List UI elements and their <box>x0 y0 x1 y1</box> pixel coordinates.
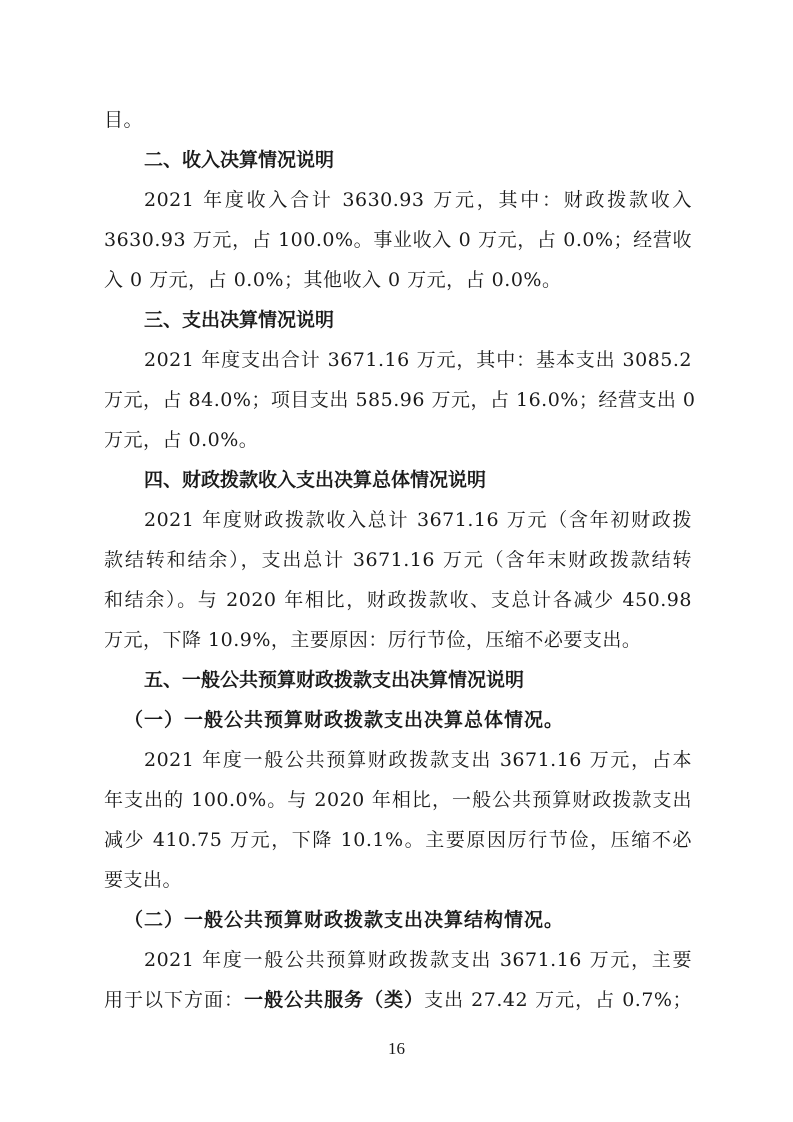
page-number: 16 <box>0 1039 793 1059</box>
text-run: 支出 27.42 万元，占 0.7%； <box>424 989 692 1011</box>
paragraph-line: 3630.93 万元，占 100.0%。事业收入 0 万元，占 0.0%；经营收 <box>104 225 692 255</box>
paragraph-line: 万元，占 0.0%。 <box>104 425 692 455</box>
paragraph-line: 2021 年度一般公共预算财政拨款支出 3671.16 万元，占本 <box>144 745 692 775</box>
paragraph-line: 入 0 万元，占 0.0%；其他收入 0 万元，占 0.0%。 <box>104 265 692 295</box>
paragraph-line: 目。 <box>104 105 692 135</box>
section-heading-expenditure: 三、支出决算情况说明 <box>144 305 692 335</box>
paragraph-line: 2021 年度财政拨款收入总计 3671.16 万元（含年初财政拨 <box>144 505 692 535</box>
subsection-heading-overall: （一）一般公共预算财政拨款支出决算总体情况。 <box>124 705 692 735</box>
document-page: 目。 二、收入决算情况说明 2021 年度收入合计 3630.93 万元，其中：… <box>0 0 793 1122</box>
paragraph-line: 2021 年度支出合计 3671.16 万元，其中：基本支出 3085.2 <box>144 345 692 375</box>
text-run: 用于以下方面： <box>104 989 244 1011</box>
bold-category-label: 一般公共服务（类） <box>244 989 424 1011</box>
paragraph-line: 款结转和结余），支出总计 3671.16 万元（含年末财政拨款结转 <box>104 545 692 575</box>
paragraph-line: 2021 年度收入合计 3630.93 万元，其中：财政拨款收入 <box>144 185 692 215</box>
paragraph-line: 2021 年度一般公共预算财政拨款支出 3671.16 万元，主要 <box>144 945 692 975</box>
paragraph-line: 减少 410.75 万元，下降 10.1%。主要原因厉行节俭，压缩不必 <box>104 825 692 855</box>
paragraph-line: 要支出。 <box>104 865 692 895</box>
paragraph-line: 年支出的 100.0%。与 2020 年相比，一般公共预算财政拨款支出 <box>104 785 692 815</box>
section-heading-fiscal-overall: 四、财政拨款收入支出决算总体情况说明 <box>144 465 692 495</box>
paragraph-line: 万元，占 84.0%；项目支出 585.96 万元，占 16.0%；经营支出 0 <box>104 385 692 415</box>
section-heading-general-budget: 五、一般公共预算财政拨款支出决算情况说明 <box>144 665 692 695</box>
paragraph-line: 和结余）。与 2020 年相比，财政拨款收、支总计各减少 450.98 <box>104 585 692 615</box>
paragraph-line-mixed: 用于以下方面：一般公共服务（类）支出 27.42 万元，占 0.7%； <box>104 985 692 1015</box>
subsection-heading-structure: （二）一般公共预算财政拨款支出决算结构情况。 <box>124 905 692 935</box>
section-heading-income: 二、收入决算情况说明 <box>144 145 692 175</box>
paragraph-line: 万元，下降 10.9%，主要原因：厉行节俭，压缩不必要支出。 <box>104 625 692 655</box>
